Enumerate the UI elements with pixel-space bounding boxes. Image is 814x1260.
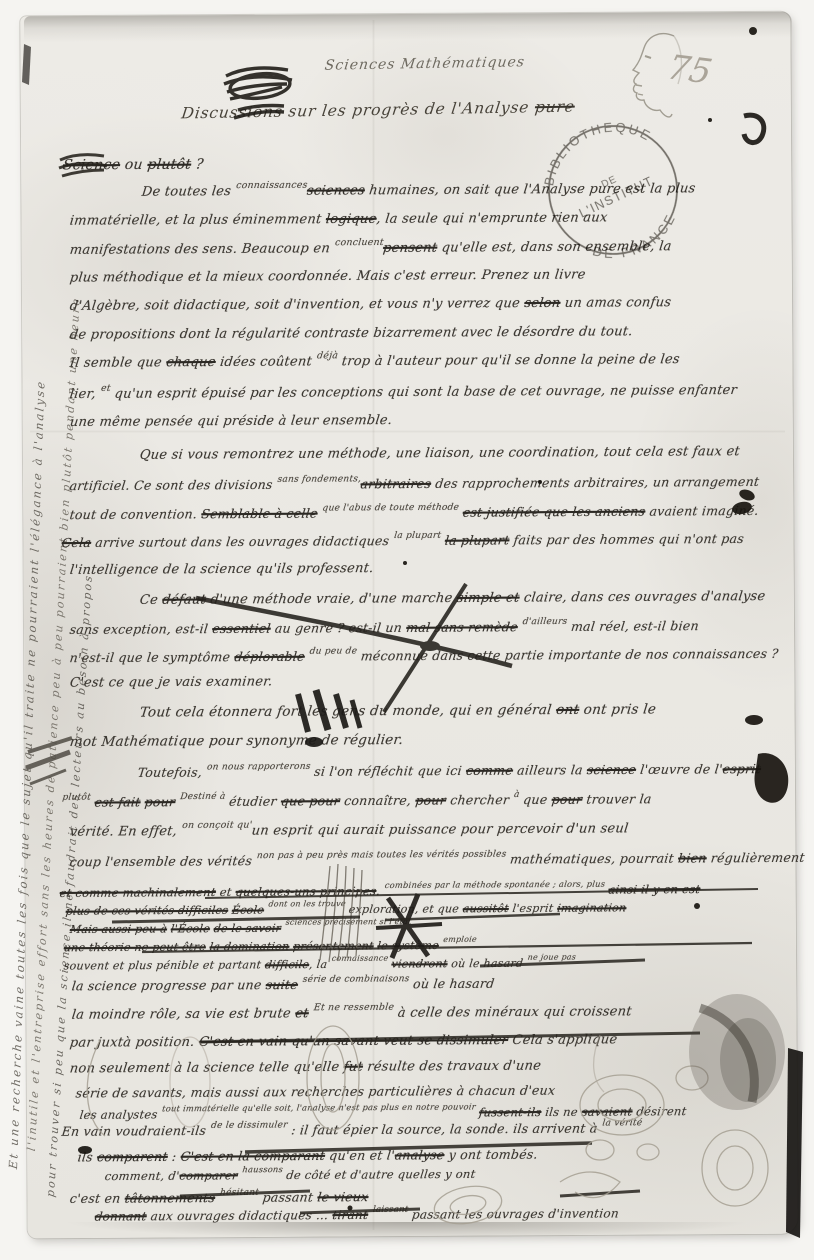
- handwritten-text: mal réel, est-il bien: [566, 618, 700, 634]
- struck-text: comparent: [96, 1149, 168, 1164]
- handwritten-text: au genre ? est-il un: [270, 620, 407, 636]
- interlinear-insertion: tout immatérielle qu'elle soit, l'analys…: [162, 1101, 477, 1113]
- handwritten-text: les ouvrages d'invention: [464, 1206, 620, 1221]
- struck-text: que pour: [280, 793, 341, 808]
- handwritten-text: avaient imaginé.: [644, 503, 759, 519]
- ink-scribble: [54, 146, 114, 186]
- handwritten-text: les analystes: [79, 1107, 162, 1121]
- struck-text: tâtonnements: [124, 1190, 216, 1206]
- handwritten-text: , la: [308, 958, 331, 971]
- struck-text: aussitôt: [462, 902, 509, 915]
- struck-text: viendront: [391, 957, 449, 970]
- manuscript-line: les analystes tout immatérielle qu'elle …: [79, 1104, 687, 1122]
- handwritten-text: artificiel. Ce sont des divisions: [69, 477, 278, 493]
- interlinear-insertion: concluent: [334, 237, 384, 248]
- manuscript-line: donnant aux ouvrages didactiques … tiran…: [94, 1206, 620, 1223]
- struck-text: l'École: [170, 922, 211, 935]
- interlinear-insertion: haussons: [242, 1164, 284, 1174]
- handwritten-text: sans exception, est-il: [69, 621, 213, 637]
- struck-text: donnant: [94, 1209, 147, 1223]
- handwritten-text: ou: [119, 157, 148, 173]
- handwritten-text: un esprit qui aurait puissance pour perc…: [251, 821, 629, 838]
- manuscript-line: plus de ces vérités difficiles École don…: [65, 901, 627, 917]
- struck-text: comparer: [179, 1168, 239, 1182]
- manuscript-line: l'intelligence de la science qu'ils prof…: [69, 561, 374, 578]
- handwritten-text: méconnue dans cette partie importante de…: [356, 646, 780, 664]
- handwritten-text: plus méthodique et la mieux coordonnée. …: [69, 267, 587, 285]
- struck-text: plus de ces vérités difficiles: [65, 904, 229, 918]
- manuscript-line: et comme machinalement et quelques-uns p…: [59, 882, 701, 900]
- handwritten-text: n'est-il que le symptôme: [69, 649, 236, 665]
- struck-text: le système: [377, 939, 440, 952]
- manuscript-line: vérité. En effet, on conçoit qu'un espri…: [69, 821, 629, 839]
- manuscript-line: tout de convention. Semblable à celle qu…: [69, 503, 760, 522]
- handwritten-text: Cela s'applique: [507, 1032, 618, 1048]
- interlinear-insertion: non pas à peu près mais toutes les vérit…: [256, 850, 507, 862]
- interlinear-insertion: dont on les trouve: [268, 899, 346, 908]
- handwritten-text: idées coûtent: [215, 354, 318, 370]
- struck-text: la plupart: [444, 532, 510, 547]
- manuscript-line: sans exception, est-il essentiel au genr…: [69, 618, 700, 637]
- handwritten-text: trouver la: [581, 791, 652, 806]
- struck-text: analyse: [394, 1147, 445, 1162]
- interlinear-insertion: hésitant: [219, 1188, 259, 1198]
- struck-text: Mais aussi peu à: [69, 922, 168, 936]
- interlinear-insertion: ne joue pas: [527, 952, 576, 961]
- interlinear-insertion: Destiné à: [180, 792, 226, 802]
- handwritten-text: aux ouvrages didactiques …: [146, 1208, 333, 1223]
- stamp-text-de: DE: [600, 174, 619, 191]
- interlinear-insertion: que l'abus de toute méthode: [322, 503, 460, 514]
- handwritten-text: immatérielle, et la plus éminemment: [69, 212, 327, 229]
- handwritten-text: comment, d': [104, 1169, 180, 1183]
- handwritten-text: ils: [77, 1149, 98, 1164]
- manuscript-line: de propositions dont la régularité contr…: [69, 324, 634, 342]
- handwritten-text: Il semble que: [69, 355, 167, 371]
- handwritten-text: des rapprochements arbitraires, un arran…: [430, 474, 760, 491]
- manuscript-line: Que si vous remontrez une méthode, une l…: [139, 444, 741, 463]
- ink-scribble: [218, 58, 308, 128]
- manuscript-line: n'est-il que le symptôme déplorable du p…: [69, 646, 780, 665]
- handwritten-text: passant: [407, 1207, 465, 1221]
- struck-text: tirant: [332, 1208, 369, 1222]
- handwritten-text: par juxtà position.: [69, 1035, 200, 1051]
- manuscript-line: coup l'ensemble des vérités non pas à pe…: [69, 850, 806, 869]
- handwritten-text: une même pensée qui préside à leur ensem…: [69, 413, 393, 430]
- struck-text: selon: [524, 296, 562, 311]
- handwritten-text: souvent et plus pénible et partant: [63, 958, 266, 972]
- handwritten-text: passant: [258, 1189, 319, 1204]
- handwritten-text: faits par des hommes qui n'ont pas: [509, 531, 745, 547]
- interlinear-insertion: d'ailleurs: [522, 617, 568, 627]
- manuscript-line: Il semble que chaque idées coûtent déjà …: [69, 352, 681, 371]
- struck-text: le vieux: [317, 1189, 370, 1204]
- struck-text: une théorie ne peut être: [63, 940, 207, 954]
- struck-text: Cela: [61, 535, 92, 550]
- manuscript-line: plutôt est fait pour Destiné à étudier q…: [61, 791, 653, 810]
- interlinear-insertion: du peu de: [309, 646, 358, 656]
- handwritten-text: non seulement à la science telle qu'elle: [69, 1060, 345, 1077]
- struck-text: mal sans remède: [406, 619, 519, 635]
- handwritten-text: mot Mathématique pour synonyme de réguli…: [69, 732, 404, 750]
- handwritten-text: ailleurs la: [512, 762, 588, 777]
- interlinear-insertion: plutôt: [62, 793, 92, 803]
- struck-text: science: [586, 762, 637, 777]
- interlinear-insertion: déjà: [316, 350, 338, 361]
- struck-text: arbitraires: [360, 476, 432, 491]
- struck-text: pour: [551, 792, 583, 807]
- handwritten-text: En vain voudraient-ils: [61, 1123, 211, 1139]
- interlinear-insertion: combinées par la méthode spontanée ; alo…: [384, 879, 606, 890]
- handwritten-text: manifestations des sens. Beaucoup en: [69, 241, 335, 258]
- manuscript-line: mot Mathématique pour synonyme de réguli…: [69, 732, 404, 750]
- interlinear-insertion: connaissances: [235, 180, 308, 191]
- handwritten-text: et: [215, 885, 236, 899]
- struck-text: esprit: [722, 761, 762, 776]
- handwritten-text: coup l'ensemble des vérités: [69, 853, 257, 869]
- manuscript-line: la moindre rôle, sa vie est brute et Et …: [71, 1004, 633, 1022]
- handwritten-text: C'est ce que je vais examiner.: [69, 674, 273, 690]
- struck-text: suite: [265, 977, 299, 992]
- manuscript-line: une théorie ne peut être la domination p…: [63, 939, 477, 955]
- handwritten-text: Toutefois,: [137, 764, 207, 779]
- manuscript-scan: 75 Sciences Mathématiques Discussions su…: [0, 0, 814, 1260]
- handwritten-text: de propositions dont la régularité contr…: [69, 324, 634, 342]
- manuscript-line: Mais aussi peu à l'École de le savoir sc…: [69, 921, 411, 936]
- struck-text: comme: [465, 763, 514, 778]
- struck-text: plutôt: [147, 157, 193, 173]
- interlinear-insertion: on nous rapporterons: [206, 762, 311, 773]
- handwritten-text: la moindre rôle, sa vie est brute: [71, 1006, 296, 1022]
- struck-text: chaque: [165, 355, 216, 370]
- interlinear-insertion: série de combinaisons: [302, 974, 410, 985]
- manuscript-line: artificiel. Ce sont des divisions sans f…: [69, 474, 760, 493]
- struck-text: pour: [144, 794, 176, 809]
- manuscript-line: une même pensée qui préside à leur ensem…: [69, 413, 393, 430]
- struck-text: de le savoir: [213, 922, 282, 935]
- manuscript-line: par juxtà position. C'est en vain qu'un …: [69, 1032, 618, 1050]
- manuscript-line: série de savants, mais aussi aux recherc…: [75, 1083, 556, 1101]
- struck-text: C'est en la comparant: [180, 1148, 326, 1164]
- struck-text: sciences: [306, 183, 366, 198]
- handwritten-text: si l'on réfléchit que ici: [309, 763, 467, 779]
- struck-text: essentiel: [211, 621, 271, 636]
- handwritten-text: arrive surtout dans les ouvrages didacti…: [90, 533, 394, 550]
- interlinear-insertion: laissant: [372, 1205, 409, 1215]
- handwritten-text: De toutes les: [141, 184, 236, 200]
- struck-text: quelques-uns principes: [235, 884, 377, 899]
- handwritten-text: l'intelligence de la science qu'ils prof…: [69, 561, 374, 578]
- manuscript-line: lier, et qu'un esprit épuisé par les con…: [69, 383, 738, 402]
- handwritten-text: Tout cela étonnera fort les gens du mond…: [139, 702, 557, 721]
- interlinear-insertion: Et ne ressemble: [313, 1002, 395, 1013]
- handwritten-text: ils ne: [541, 1105, 583, 1119]
- manuscript-line: c'est en tâtonnements hésitant passant l…: [69, 1189, 369, 1206]
- handwritten-text: : il faut épier la source, la sonde. ils…: [286, 1120, 602, 1137]
- handwritten-text: où le hasard: [408, 976, 495, 992]
- manuscript-line: Toutefois, on nous rapporterons si l'on …: [137, 761, 762, 780]
- handwritten-text: régulièrement: [706, 850, 806, 866]
- handwritten-text: qu'en et l': [324, 1147, 396, 1162]
- handwritten-text: y ont tombés.: [444, 1147, 539, 1163]
- handwritten-text: désirent: [632, 1104, 688, 1118]
- struck-text: pensent: [382, 241, 438, 256]
- handwritten-text: à celle des minéraux qui croissent: [393, 1004, 633, 1020]
- handwritten-text: ?: [190, 157, 204, 173]
- handwritten-text: claire, dans ces ouvrages d'analyse: [519, 589, 767, 606]
- struck-text: est fait: [94, 794, 142, 809]
- manuscript-line: comment, d'comparer haussons de côté et …: [104, 1167, 476, 1183]
- struck-text: et comme machinalement: [59, 885, 217, 900]
- manuscript-line: Cela arrive surtout dans les ouvrages di…: [61, 531, 745, 550]
- struck-text: déplorable: [234, 649, 306, 664]
- struck-text: bien: [677, 850, 707, 865]
- manuscript-line: non seulement à la science telle qu'elle…: [69, 1059, 542, 1077]
- handwritten-text: vérité. En effet,: [69, 824, 182, 840]
- manuscript-line: Ce défaut d'une méthode vraie, d'une mar…: [139, 589, 766, 608]
- handwritten-text: trop à l'auteur pour qu'il se donne la p…: [337, 352, 681, 369]
- manuscript-line: plus méthodique et la mieux coordonnée. …: [69, 267, 587, 285]
- struck-text: simple et: [456, 591, 520, 606]
- interlinear-insertion: de le dissimuler: [210, 1120, 288, 1130]
- handwritten-text: série de savants, mais aussi aux recherc…: [75, 1083, 556, 1101]
- manuscript-line: souvent et plus pénible et partant diffi…: [63, 956, 576, 972]
- struck-text: fussent-ils: [478, 1105, 542, 1119]
- handwritten-text: d'Algèbre, soit didactique, soit d'inven…: [69, 296, 525, 314]
- interlinear-insertion: la vérité: [602, 1118, 643, 1128]
- handwritten-text: connaître,: [339, 793, 416, 808]
- interlinear-insertion: sans fondements,: [277, 474, 362, 485]
- handwritten-text: c'est en: [69, 1191, 126, 1206]
- interlinear-insertion: on conçoit qu': [182, 820, 253, 831]
- handwritten-text: ont pris le: [578, 701, 657, 717]
- handwritten-text: tout de convention.: [69, 506, 202, 522]
- struck-text: imagination: [557, 901, 628, 914]
- struck-text: difficile: [264, 958, 310, 971]
- handwritten-text: l'œuvre de l': [635, 761, 723, 777]
- handwritten-text: la science progresse par une: [71, 977, 267, 993]
- struck-text: savaient: [581, 1104, 633, 1118]
- manuscript-line: En vain voudraient-ils de le dissimuler …: [61, 1120, 643, 1139]
- handwritten-text: étudier: [224, 793, 282, 808]
- handwritten-text: qu'un esprit épuisé par les conceptions …: [109, 383, 738, 402]
- interlinear-insertion: et: [100, 383, 111, 394]
- struck-text: ainsi il y en est: [608, 882, 701, 897]
- interlinear-insertion: emploie: [443, 935, 478, 944]
- manuscript-line: C'est ce que je vais examiner.: [69, 674, 273, 690]
- struck-text: Semblable à celle: [201, 506, 319, 522]
- interlinear-insertion: à: [513, 790, 520, 800]
- handwritten-text: chercher: [445, 792, 514, 807]
- handwritten-text: que: [518, 792, 552, 807]
- struck-text: pour: [415, 792, 447, 807]
- struck-text: École: [231, 904, 265, 917]
- handwritten-text: d'une méthode vraie, d'une marche: [205, 591, 458, 608]
- interlinear-insertion: connaissance: [331, 954, 389, 963]
- interlinear-insertion: sciences précisément si l'état: [285, 917, 412, 927]
- handwritten-text: mathématiques, pourrait: [505, 851, 679, 867]
- struck-text: défaut: [161, 593, 206, 608]
- struck-text: la domination: [209, 940, 290, 953]
- manuscript-line: Tout cela étonnera fort les gens du mond…: [139, 701, 657, 720]
- handwritten-text: de côté et d'autre quelles y ont: [282, 1167, 477, 1182]
- struck-text: logique: [325, 212, 377, 227]
- handwritten-text: exploration, et que: [344, 902, 463, 916]
- handwritten-text: Que si vous remontrez une méthode, une l…: [139, 444, 741, 463]
- scan-background: { "page": { "folio_number": "75", "serie…: [0, 0, 814, 1260]
- interlinear-insertion: la plupart: [394, 531, 442, 541]
- manuscript-line: la science progresse par une suite série…: [71, 976, 495, 994]
- handwritten-text: résulte des travaux d'une: [362, 1059, 542, 1075]
- manuscript-line: immatérielle, et la plus éminemment logi…: [69, 210, 608, 228]
- manuscript-line: ils comparent : C'est en la comparant qu…: [77, 1147, 539, 1165]
- handwritten-text: où le hasard: [447, 957, 528, 970]
- handwritten-text: l'esprit: [508, 902, 558, 915]
- struck-text: est justifiée que les anciens: [462, 504, 646, 520]
- struck-text: ont: [555, 702, 580, 718]
- handwritten-text: Ce: [139, 593, 163, 608]
- struck-text: présentement: [292, 939, 374, 952]
- struck-text: fut: [343, 1060, 364, 1075]
- handwritten-text: lier,: [69, 387, 101, 402]
- struck-text: C'est en vain qu'un savant veut se dissi…: [198, 1033, 509, 1050]
